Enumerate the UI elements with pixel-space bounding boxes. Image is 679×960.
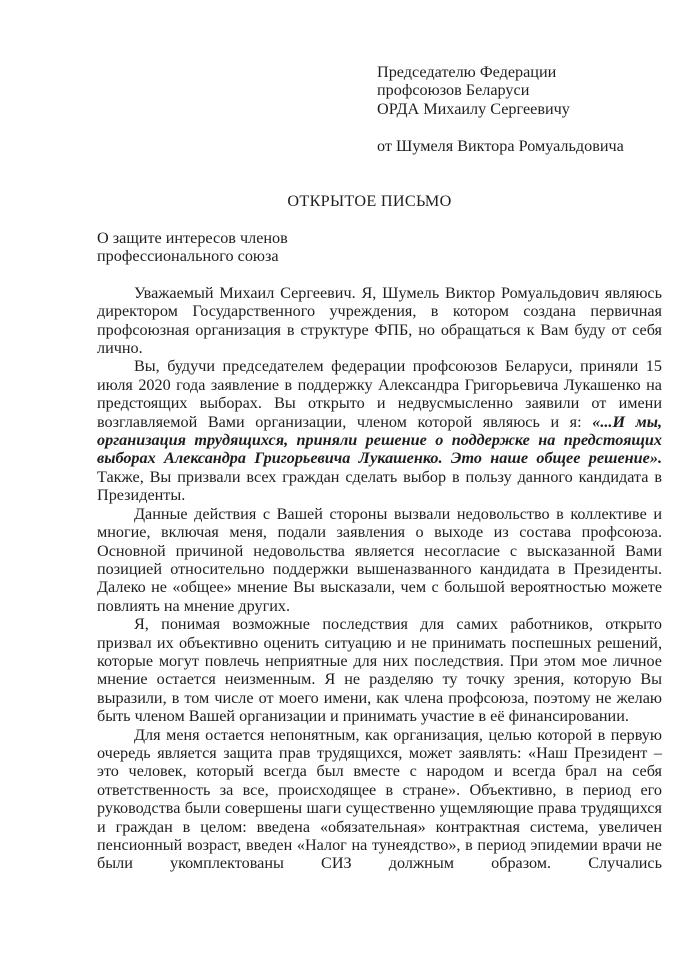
letter-page: Председателю Федерации профсоюзов Белару… (0, 0, 679, 960)
letter-content: Председателю Федерации профсоюзов Белару… (0, 0, 679, 873)
text-run: Для меня остается непонятным, как органи… (97, 726, 662, 873)
recipient-line: ОРДА Михаилу Сергеевичу (377, 100, 662, 118)
subject-line: профессионального союза (97, 247, 662, 265)
body-paragraph: Я, понимая возможные последствия для сам… (97, 615, 662, 725)
text-run: Уважаемый Михаил Сергеевич. Я, Шумель Ви… (97, 284, 662, 357)
subject-block: О защите интересов членов профессиональн… (97, 229, 662, 266)
text-run: Также, Вы призвали всех граждан сделать … (97, 468, 662, 504)
body-paragraph: Вы, будучи председателем федерации профс… (97, 357, 662, 504)
text-run: Вы, будучи председателем федерации профс… (97, 357, 662, 430)
subject-line: О защите интересов членов (97, 229, 662, 247)
text-run: Я, понимая возможные последствия для сам… (97, 615, 662, 725)
letter-body: Уважаемый Михаил Сергеевич. Я, Шумель Ви… (97, 284, 662, 873)
body-paragraph: Для меня остается непонятным, как органи… (97, 726, 662, 873)
text-run: Данные действия с Вашей стороны вызвали … (97, 505, 662, 615)
body-paragraph: Данные действия с Вашей стороны вызвали … (97, 505, 662, 615)
sender-line: от Шумеля Виктора Ромуальдовича (377, 137, 662, 155)
recipient-line: Председателю Федерации (377, 63, 662, 81)
body-paragraph: Уважаемый Михаил Сергеевич. Я, Шумель Ви… (97, 284, 662, 358)
recipient-block: Председателю Федерации профсоюзов Белару… (377, 63, 662, 155)
recipient-line: профсоюзов Беларуси (377, 81, 662, 99)
letter-title: ОТКРЫТОЕ ПИСЬМО (97, 192, 662, 210)
